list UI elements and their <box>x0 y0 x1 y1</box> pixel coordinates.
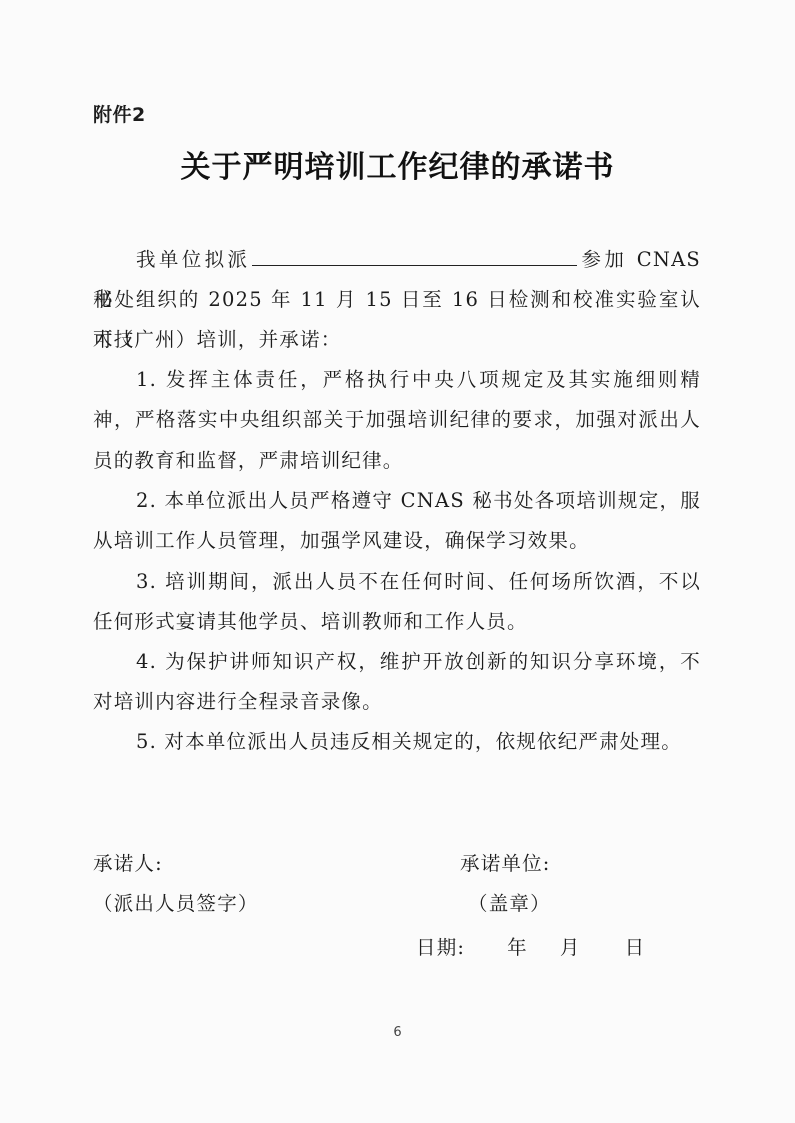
intro-line-3: 术（广州）培训，并承诺： <box>93 320 701 360</box>
commitment-item-1: 1. 发挥主体责任，严格执行中央八项规定及其实施细则精神，严格落实中央组织部关于… <box>93 360 701 481</box>
date-line: 日期:年月日 <box>416 932 645 960</box>
intro-prefix: 我单位拟派 <box>136 248 250 271</box>
commitment-item-4: 4. 为保护讲师知识产权，维护开放创新的知识分享环境，不对培训内容进行全程录音录… <box>93 642 701 723</box>
page-number: 6 <box>0 1025 795 1040</box>
promiser-signature-note: （派出人员签字） <box>93 888 259 916</box>
delegate-name-blank[interactable] <box>252 249 577 266</box>
unit-seal-note: （盖章） <box>468 888 551 916</box>
date-year: 年 <box>507 936 528 959</box>
date-day: 日 <box>625 936 646 959</box>
document-title: 关于严明培训工作纪律的承诺书 <box>0 142 795 186</box>
date-month: 月 <box>560 936 581 959</box>
commitment-item-2: 2. 本单位派出人员严格遵守 CNAS 秘书处各项培训规定，服从培训工作人员管理… <box>93 481 701 562</box>
commitment-item-5: 5. 对本单位派出人员违反相关规定的，依规依纪严肃处理。 <box>93 722 701 762</box>
date-label: 日期: <box>416 936 465 959</box>
unit-label: 承诺单位: <box>460 848 551 876</box>
annex-label: 附件2 <box>93 100 146 127</box>
commitment-item-3: 3. 培训期间，派出人员不在任何时间、任何场所饮酒，不以任何形式宴请其他学员、培… <box>93 562 701 643</box>
promiser-label: 承诺人: <box>93 848 163 876</box>
